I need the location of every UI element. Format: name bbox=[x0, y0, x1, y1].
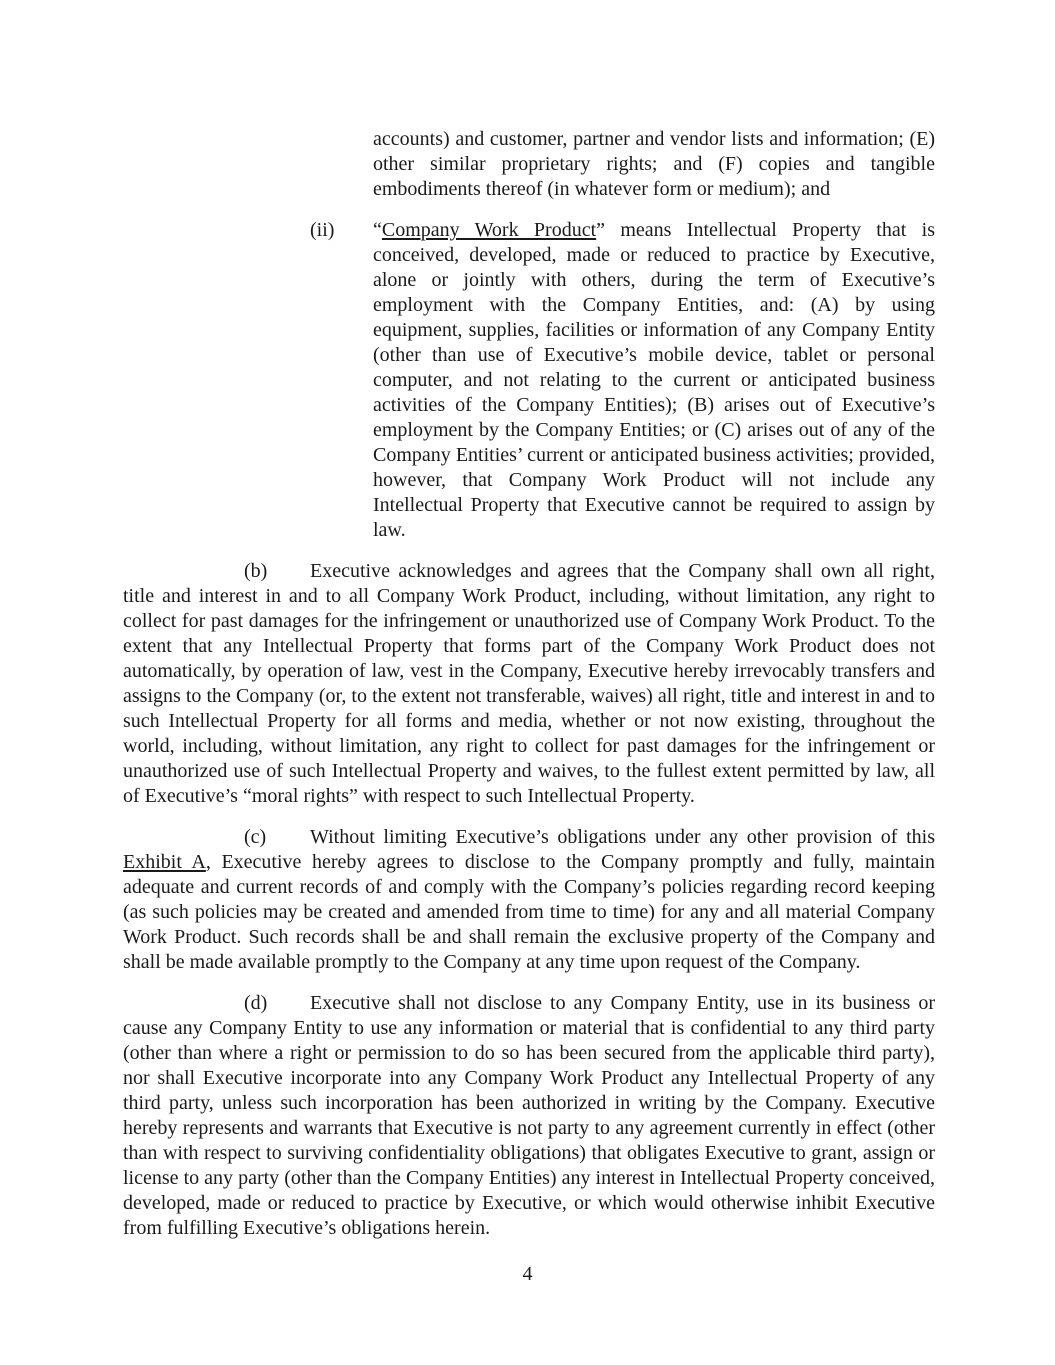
paragraph-d: (d)Executive shall not disclose to any C… bbox=[123, 991, 935, 1241]
paragraph-d-marker: (d) bbox=[244, 991, 310, 1016]
defined-term-company-work-product: Company Work Product bbox=[382, 219, 596, 241]
document-page: accounts) and customer, partner and vend… bbox=[0, 0, 1055, 1365]
paragraph-d-text: Executive shall not disclose to any Comp… bbox=[123, 992, 935, 1239]
item-ii-text: ” means Intellectual Property that is co… bbox=[373, 219, 935, 541]
paragraph-b-text: Executive acknowledges and agrees that t… bbox=[123, 560, 935, 807]
paragraph-c-text-rest: , Executive hereby agrees to disclose to… bbox=[123, 851, 935, 973]
paragraph-c-text-lead: Without limiting Executive’s obligations… bbox=[310, 826, 935, 848]
open-quote: “ bbox=[373, 219, 382, 241]
paragraph-b: (b)Executive acknowledges and agrees tha… bbox=[123, 559, 935, 809]
exhibit-a-reference: Exhibit A bbox=[123, 851, 206, 873]
page-number: 4 bbox=[0, 1262, 1055, 1287]
paragraph-item-i-continuation: accounts) and customer, partner and vend… bbox=[373, 127, 935, 202]
paragraph-c-marker: (c) bbox=[244, 825, 310, 850]
paragraph-c: (c)Without limiting Executive’s obligati… bbox=[123, 825, 935, 975]
paragraph-b-marker: (b) bbox=[244, 559, 310, 584]
list-marker-ii: (ii) bbox=[310, 218, 334, 243]
paragraph-item-ii: (ii)“Company Work Product” means Intelle… bbox=[373, 218, 935, 543]
